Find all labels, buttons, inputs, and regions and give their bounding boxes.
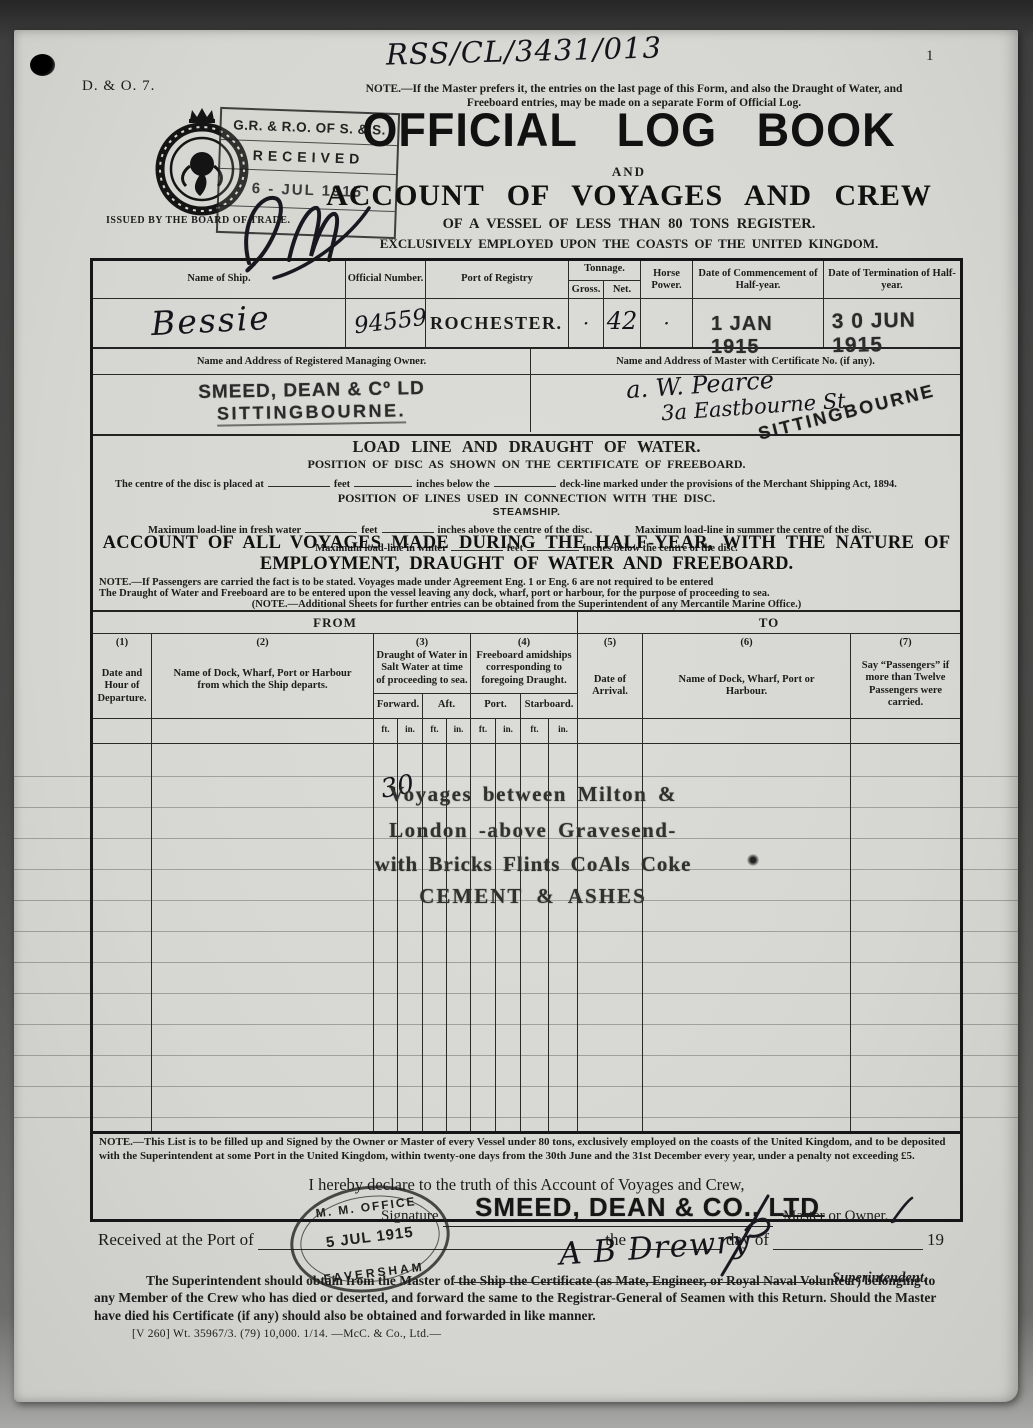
owner-header: Name and Address of Registered Managing … <box>93 349 531 374</box>
document-paper: RSS/CL/3431/013 1 D. & O. 7. NOTE.—If th… <box>14 30 1018 1402</box>
col3-header: (3) Draught of Water in Salt Water at ti… <box>374 634 471 718</box>
value-termination-cell: 3 0 JUN 1915 <box>824 299 960 347</box>
header-tonnage: Tonnage. <box>569 261 640 281</box>
body-col <box>851 744 960 1131</box>
centre-part-0: The centre of the disc is placed at <box>115 479 264 490</box>
value-horse-power-cell: · <box>641 299 693 347</box>
centre-disc-line: The centre of the disc is placed atfeeti… <box>93 473 960 490</box>
col5-num: (5) <box>578 634 642 650</box>
blank-line <box>494 473 556 487</box>
top-note-line1: NOTE.—If the Master prefers it, the entr… <box>314 82 954 96</box>
centre-part-2: inches below the <box>416 479 490 490</box>
unit-in: in. <box>496 719 521 743</box>
col1-header: (1) Date and Hour of Departure. <box>93 634 152 718</box>
voyage-table-body: 30 Voyages between Milton & London -abov… <box>93 744 960 1131</box>
units-row: ft. in. ft. in. ft. in. ft. in. <box>93 719 960 744</box>
account-note1: NOTE.—If Passengers are carried the fact… <box>93 577 960 588</box>
gross-mark: · <box>583 311 589 335</box>
port-stamp: ROCHESTER. <box>430 313 563 334</box>
col4-num: (4) <box>471 634 577 650</box>
unit-in: in. <box>398 719 423 743</box>
master-word: Master <box>783 1208 825 1224</box>
account-note2: The Draught of Water and Freeboard are t… <box>93 588 960 599</box>
subtitle: ACCOUNT OF VOYAGES AND CREW <box>304 179 954 213</box>
col7-num: (7) <box>851 634 960 650</box>
voyage-stamp-line4: CEMENT & ASHES <box>263 884 803 909</box>
horse-power-mark: · <box>663 311 669 335</box>
col3-sub-aft: Aft. <box>423 694 470 718</box>
col7-header: (7) Say “Passengers” if more than Twelve… <box>851 634 960 718</box>
blank-line <box>382 519 434 533</box>
title-line4: EXCLUSIVELY EMPLOYED UPON THE COASTS OF … <box>304 236 954 252</box>
account-title-line1: ACCOUNT OF ALL VOYAGES MADE DURING THE H… <box>93 533 960 554</box>
col6-header: (6) Name of Dock, Wharf, Port or Harbour… <box>643 634 851 718</box>
account-section: ACCOUNT OF ALL VOYAGES MADE DURING THE H… <box>93 533 960 610</box>
received-line: Received at the Port of the day of 19 <box>98 1230 944 1250</box>
superintendent-note: The Superintendent should obtain from th… <box>94 1272 956 1324</box>
position-lines-line: POSITION OF LINES USED IN CONNECTION WIT… <box>93 491 960 506</box>
header-port-of-registry: Port of Registry <box>426 261 569 299</box>
printer-imprint: [V 260] Wt. 35967/3. (79) 10,000. 1/14. … <box>132 1328 441 1340</box>
header-name-of-ship: Name of Ship. <box>93 261 346 299</box>
header-net: Net. <box>604 281 640 299</box>
col3-sub-forward: Forward. <box>374 694 423 718</box>
value-net-cell: 42 <box>604 299 641 347</box>
owner-tick-mark <box>888 1194 918 1228</box>
load-line-section: LOAD LINE AND DRAUGHT OF WATER. POSITION… <box>93 434 960 533</box>
header-tonnage-group: Tonnage. Gross. Net. <box>569 261 641 299</box>
value-name-of-ship-cell: Bessie <box>93 299 346 347</box>
steamship-label: STEAMSHIP. <box>93 506 960 518</box>
unit-in: in. <box>549 719 578 743</box>
position-disc-line: POSITION OF DISC AS SHOWN ON THE CERTIFI… <box>93 457 960 472</box>
unit-in: in. <box>447 719 471 743</box>
form-code: D. & O. 7. <box>82 78 155 95</box>
declaration-note: NOTE.—This List is to be filled up and S… <box>99 1136 955 1164</box>
reference-number: RSS/CL/3431/013 <box>364 30 685 72</box>
unit-ft: ft. <box>374 719 398 743</box>
col2-label: Name of Dock, Wharf, Port or Harbour fro… <box>152 650 373 693</box>
col2-num: (2) <box>152 634 373 650</box>
to-group-header: TO <box>578 612 960 633</box>
ink-blot <box>747 854 759 866</box>
received-label: Received at the Port of <box>98 1230 254 1250</box>
scanned-log-book-page: { "page": { "ref_number": "RSS/CL/3431/0… <box>0 0 1033 1428</box>
official-number-handwriting: 94559 <box>353 305 429 340</box>
col5-header: (5) Date of Arrival. <box>578 634 643 718</box>
units-empty <box>578 719 643 743</box>
value-commencement-cell: 1 JAN 1915 <box>693 299 824 347</box>
header-horse-power: Horse Power. <box>641 261 693 299</box>
load-line-title: LOAD LINE AND DRAUGHT OF WATER. <box>93 437 960 457</box>
centre-part-1: feet <box>334 479 350 490</box>
voyage-entry-stamp: Voyages between Milton & London -above G… <box>263 782 803 909</box>
from-group-header: FROM <box>93 612 578 633</box>
body-col <box>93 744 152 1131</box>
unit-ft: ft. <box>471 719 496 743</box>
or-owner-word: or Owner. <box>828 1208 888 1224</box>
main-title: OFFICIAL LOG BOOK <box>304 102 954 157</box>
owner-value-cell: SMEED, DEAN & Cº LD SITTINGBOURNE. <box>93 375 531 432</box>
page-number: 1 <box>926 48 934 65</box>
year-prefix: 19 <box>927 1230 944 1250</box>
blank-line <box>773 1233 923 1250</box>
col4-header: (4) Freeboard amidships corresponding to… <box>471 634 578 718</box>
unit-ft: ft. <box>423 719 447 743</box>
value-official-number-cell: 94559 <box>346 299 426 347</box>
account-note3: (NOTE.—Additional Sheets for further ent… <box>93 599 960 610</box>
col4-sub-starboard: Starboard. <box>521 694 577 718</box>
issued-by-label: ISSUED BY THE BOARD OF TRADE. <box>106 215 291 226</box>
net-value-handwriting: 42 <box>607 307 638 335</box>
col7-label: Say “Passengers” if more than Twelve Pas… <box>851 650 960 710</box>
header-commencement: Date of Commencement of Half-year. <box>693 261 824 299</box>
declaration-section: NOTE.—This List is to be filled up and S… <box>93 1131 960 1219</box>
col3-num: (3) <box>374 634 470 650</box>
title-line3: OF A VESSEL OF LESS THAN 80 TONS REGISTE… <box>304 216 954 233</box>
voyage-stamp-line1: Voyages between Milton & <box>263 782 803 807</box>
centre-part-3: deck-line marked under the provisions of… <box>560 479 897 490</box>
units-empty <box>93 719 152 743</box>
value-port-cell: ROCHESTER. <box>426 299 569 347</box>
header-termination: Date of Termination of Half-year. <box>824 261 960 299</box>
voyage-stamp-line3: with Bricks Flints CoAls Coke <box>263 852 803 877</box>
header-official-number: Official Number. <box>346 261 426 299</box>
master-or-owner-label: Master or Owner. <box>783 1208 888 1225</box>
col4-label: Freeboard amidships corresponding to for… <box>471 650 577 693</box>
ship-name-handwriting: Bessie <box>150 298 272 343</box>
account-title-line2: EMPLOYMENT, DRAUGHT OF WATER AND FREEBOA… <box>93 554 960 575</box>
blank-line <box>354 473 412 487</box>
form-main-box: Name of Ship. Official Number. Port of R… <box>90 258 963 1222</box>
col3-label: Draught of Water in Salt Water at time o… <box>374 650 470 693</box>
units-empty <box>851 719 960 743</box>
value-gross-cell: · <box>569 299 604 347</box>
col1-num: (1) <box>93 634 151 650</box>
owner-stamp-line2: SITTINGBOURNE. <box>217 400 406 426</box>
col1-label: Date and Hour of Departure. <box>93 650 151 706</box>
unit-ft: ft. <box>521 719 549 743</box>
units-empty <box>643 719 851 743</box>
col6-label: Name of Dock, Wharf, Port or Harbour. <box>643 650 850 699</box>
units-empty <box>152 719 374 743</box>
col2-header: (2) Name of Dock, Wharf, Port or Harbour… <box>152 634 374 718</box>
col4-sub-port: Port. <box>471 694 521 718</box>
voyage-table: FROM TO (1) Date and Hour of Departure. … <box>93 610 960 1131</box>
header-gross: Gross. <box>569 281 604 299</box>
punch-hole <box>30 54 55 76</box>
title-and: AND <box>304 164 954 180</box>
voyage-stamp-line2: London -above Gravesend- <box>263 818 803 843</box>
blank-line <box>305 519 357 533</box>
col6-num: (6) <box>643 634 850 650</box>
blank-line <box>268 473 330 487</box>
col5-label: Date of Arrival. <box>578 650 642 699</box>
